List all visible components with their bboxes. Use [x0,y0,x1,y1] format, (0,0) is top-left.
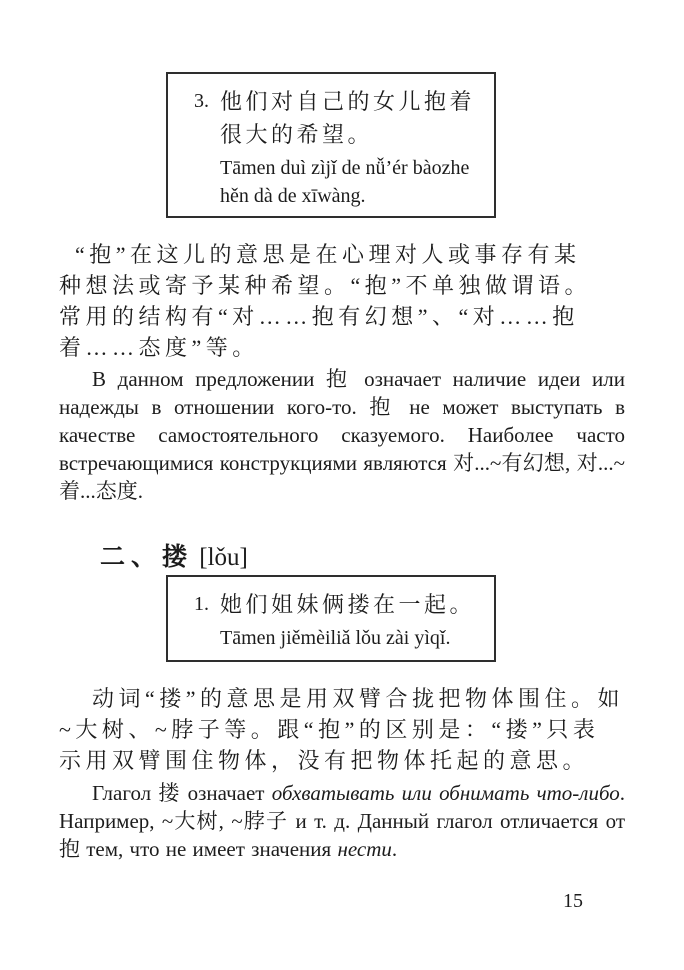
russian-italic-segment: обхватывать или обнимать что-либо [272,781,620,805]
russian-text-segment: Глагол 搂 означает [92,781,272,805]
russian-italic-segment: нести [337,837,391,861]
example-box-bao: 3. 他们对自己的女儿抱着 很大的希望。 Tāmen duì zìjǐ de n… [166,72,496,218]
chinese-explanation-bao: “抱”在这儿的意思是在心理对人或事存有某 种想法或寄予某种希望。“抱”不单独做谓… [59,239,625,363]
example-pinyin: Tāmen duì zìjǐ de nǚ’ér bàozhe hěn dà de… [220,154,488,210]
russian-explanation-bao: В данном предложении 抱 означает наличие … [59,365,625,505]
russian-explanation-lou: Глагол 搂 означает обхватывать или обнима… [59,779,625,863]
example-box-lou: 1. 她们姐妹俩搂在一起。 Tāmen jiěmèiliǎ lǒu zài yì… [166,575,496,662]
example-hanzi: 她们姐妹俩搂在一起。 [220,588,475,621]
example-number: 1. [194,588,220,621]
example-hanzi: 他们对自己的女儿抱着 很大的希望。 [220,85,475,151]
page-number: 15 [59,890,625,913]
example-pinyin: Tāmen jiěmèiliǎ lǒu zài yìqǐ. [220,624,488,652]
example-sentence-row: 3. 他们对自己的女儿抱着 很大的希望。 [194,85,488,151]
example-number: 3. [194,85,220,118]
textbook-page: 3. 他们对自己的女儿抱着 很大的希望。 Tāmen duì zìjǐ de n… [0,0,684,970]
chinese-explanation-lou: 动词“搂”的意思是用双臂合拢把物体围住。如 ~大树、~脖子等。跟“抱”的区别是：… [59,683,625,776]
section-header-lou: 二、搂 [lǒu] [100,541,625,575]
page-content: 3. 他们对自己的女儿抱着 很大的希望。 Tāmen duì zìjǐ de n… [59,72,625,913]
section-header-hanzi: 二、搂 [100,544,193,571]
russian-text-segment: . [392,837,397,861]
section-header-pinyin: [lǒu] [199,544,248,571]
example-sentence-row: 1. 她们姐妹俩搂在一起。 [194,588,488,621]
